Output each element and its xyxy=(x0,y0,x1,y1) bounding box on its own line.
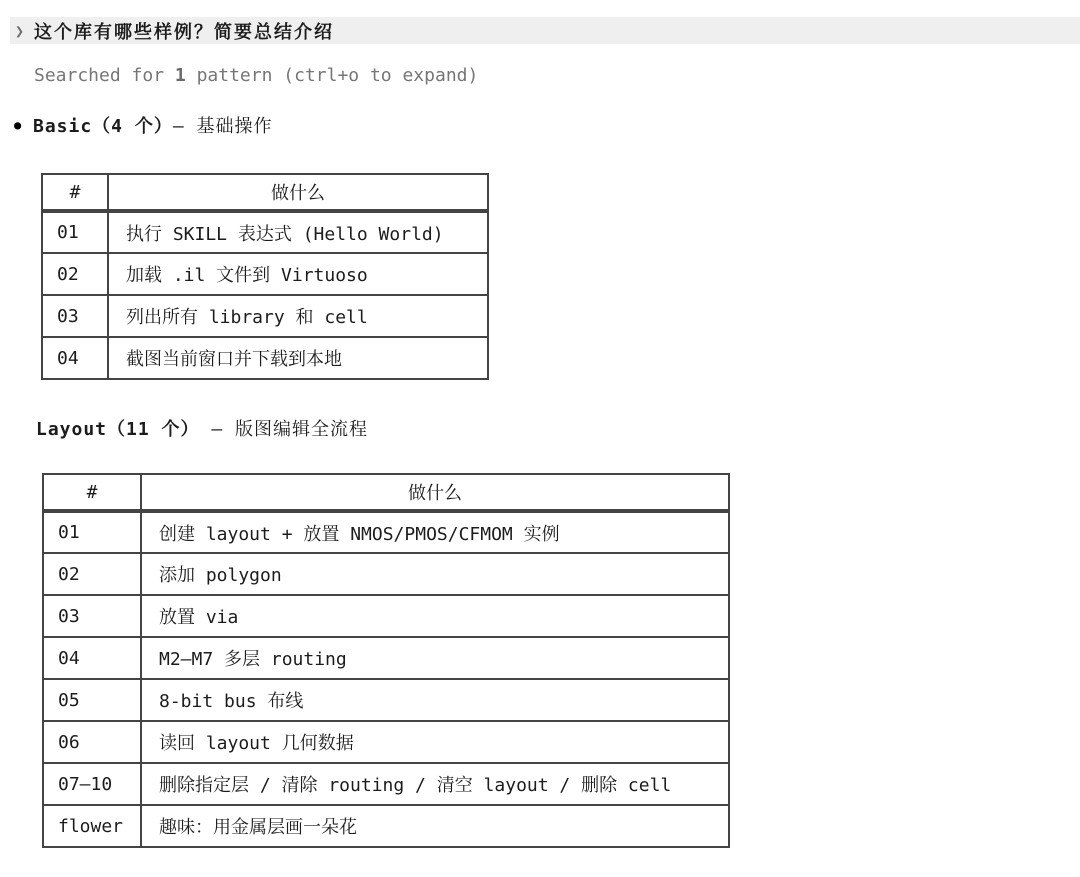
table-row: flower趣味：用金属层画一朵花 xyxy=(43,805,729,847)
basic-examples-table: # 做什么 01执行 SKILL 表达式 (Hello World)02加载 .… xyxy=(41,173,489,380)
section-heading-layout: Layout（11 个） — 版图编辑全流程 xyxy=(36,415,1080,441)
table-row: 04M2–M7 多层 routing xyxy=(43,637,729,679)
column-header-id: # xyxy=(43,474,141,511)
row-desc-cell: 加载 .il 文件到 Virtuoso xyxy=(108,253,488,295)
column-header-desc: 做什么 xyxy=(141,474,729,511)
row-id-cell: 01 xyxy=(43,511,141,553)
table-row: 03放置 via xyxy=(43,595,729,637)
table-header-row: # 做什么 xyxy=(43,474,729,511)
row-id-cell: 04 xyxy=(43,637,141,679)
row-desc-cell: 放置 via xyxy=(141,595,729,637)
row-desc-cell: 8-bit bus 布线 xyxy=(141,679,729,721)
search-status: Searched for 1 pattern (ctrl+o to expand… xyxy=(34,65,1080,86)
search-status-prefix: Searched for xyxy=(34,65,175,86)
row-id-cell: 03 xyxy=(43,595,141,637)
row-desc-cell: 创建 layout + 放置 NMOS/PMOS/CFMOM 实例 xyxy=(141,511,729,553)
row-id-cell: 01 xyxy=(42,211,108,253)
row-id-cell: flower xyxy=(43,805,141,847)
row-desc-cell: 执行 SKILL 表达式 (Hello World) xyxy=(108,211,488,253)
chevron-icon: ❯ xyxy=(10,22,34,40)
table-row: 03列出所有 library 和 cell xyxy=(42,295,488,337)
search-status-suffix: pattern (ctrl+o to expand) xyxy=(186,65,479,86)
section-heading-basic: ● Basic（4 个） — 基础操作 xyxy=(14,112,1080,138)
row-id-cell: 02 xyxy=(42,253,108,295)
section-title-rest: — 版图编辑全流程 xyxy=(200,419,369,440)
search-pattern-count: 1 xyxy=(175,65,186,86)
row-id-cell: 03 xyxy=(42,295,108,337)
row-id-cell: 06 xyxy=(43,721,141,763)
table-header-row: # 做什么 xyxy=(42,174,488,211)
bullet-icon: ● xyxy=(14,118,33,132)
table-row: 04截图当前窗口并下载到本地 xyxy=(42,337,488,379)
table-row: 02添加 polygon xyxy=(43,553,729,595)
row-id-cell: 04 xyxy=(42,337,108,379)
row-desc-cell: M2–M7 多层 routing xyxy=(141,637,729,679)
column-header-id: # xyxy=(42,174,108,211)
section-title-bold: Layout（11 个） xyxy=(36,419,200,440)
row-desc-cell: 删除指定层 / 清除 routing / 清空 layout / 删除 cell xyxy=(141,763,729,805)
column-header-desc: 做什么 xyxy=(108,174,488,211)
table-row: 01创建 layout + 放置 NMOS/PMOS/CFMOM 实例 xyxy=(43,511,729,553)
section-title-rest: — 基础操作 xyxy=(173,112,273,138)
row-id-cell: 07–10 xyxy=(43,763,141,805)
table-row: 01执行 SKILL 表达式 (Hello World) xyxy=(42,211,488,253)
row-id-cell: 05 xyxy=(43,679,141,721)
table-row: 02加载 .il 文件到 Virtuoso xyxy=(42,253,488,295)
row-desc-cell: 列出所有 library 和 cell xyxy=(108,295,488,337)
user-query-text: 这个库有哪些样例？简要总结介绍 xyxy=(34,18,334,44)
row-id-cell: 02 xyxy=(43,553,141,595)
user-query-row: ❯ 这个库有哪些样例？简要总结介绍 xyxy=(10,17,1080,44)
layout-examples-table: # 做什么 01创建 layout + 放置 NMOS/PMOS/CFMOM 实… xyxy=(42,473,730,848)
section-title-bold: Basic（4 个） xyxy=(33,112,173,138)
table-row: 058-bit bus 布线 xyxy=(43,679,729,721)
row-desc-cell: 趣味：用金属层画一朵花 xyxy=(141,805,729,847)
row-desc-cell: 截图当前窗口并下载到本地 xyxy=(108,337,488,379)
row-desc-cell: 读回 layout 几何数据 xyxy=(141,721,729,763)
row-desc-cell: 添加 polygon xyxy=(141,553,729,595)
table-row: 06读回 layout 几何数据 xyxy=(43,721,729,763)
table-row: 07–10删除指定层 / 清除 routing / 清空 layout / 删除… xyxy=(43,763,729,805)
